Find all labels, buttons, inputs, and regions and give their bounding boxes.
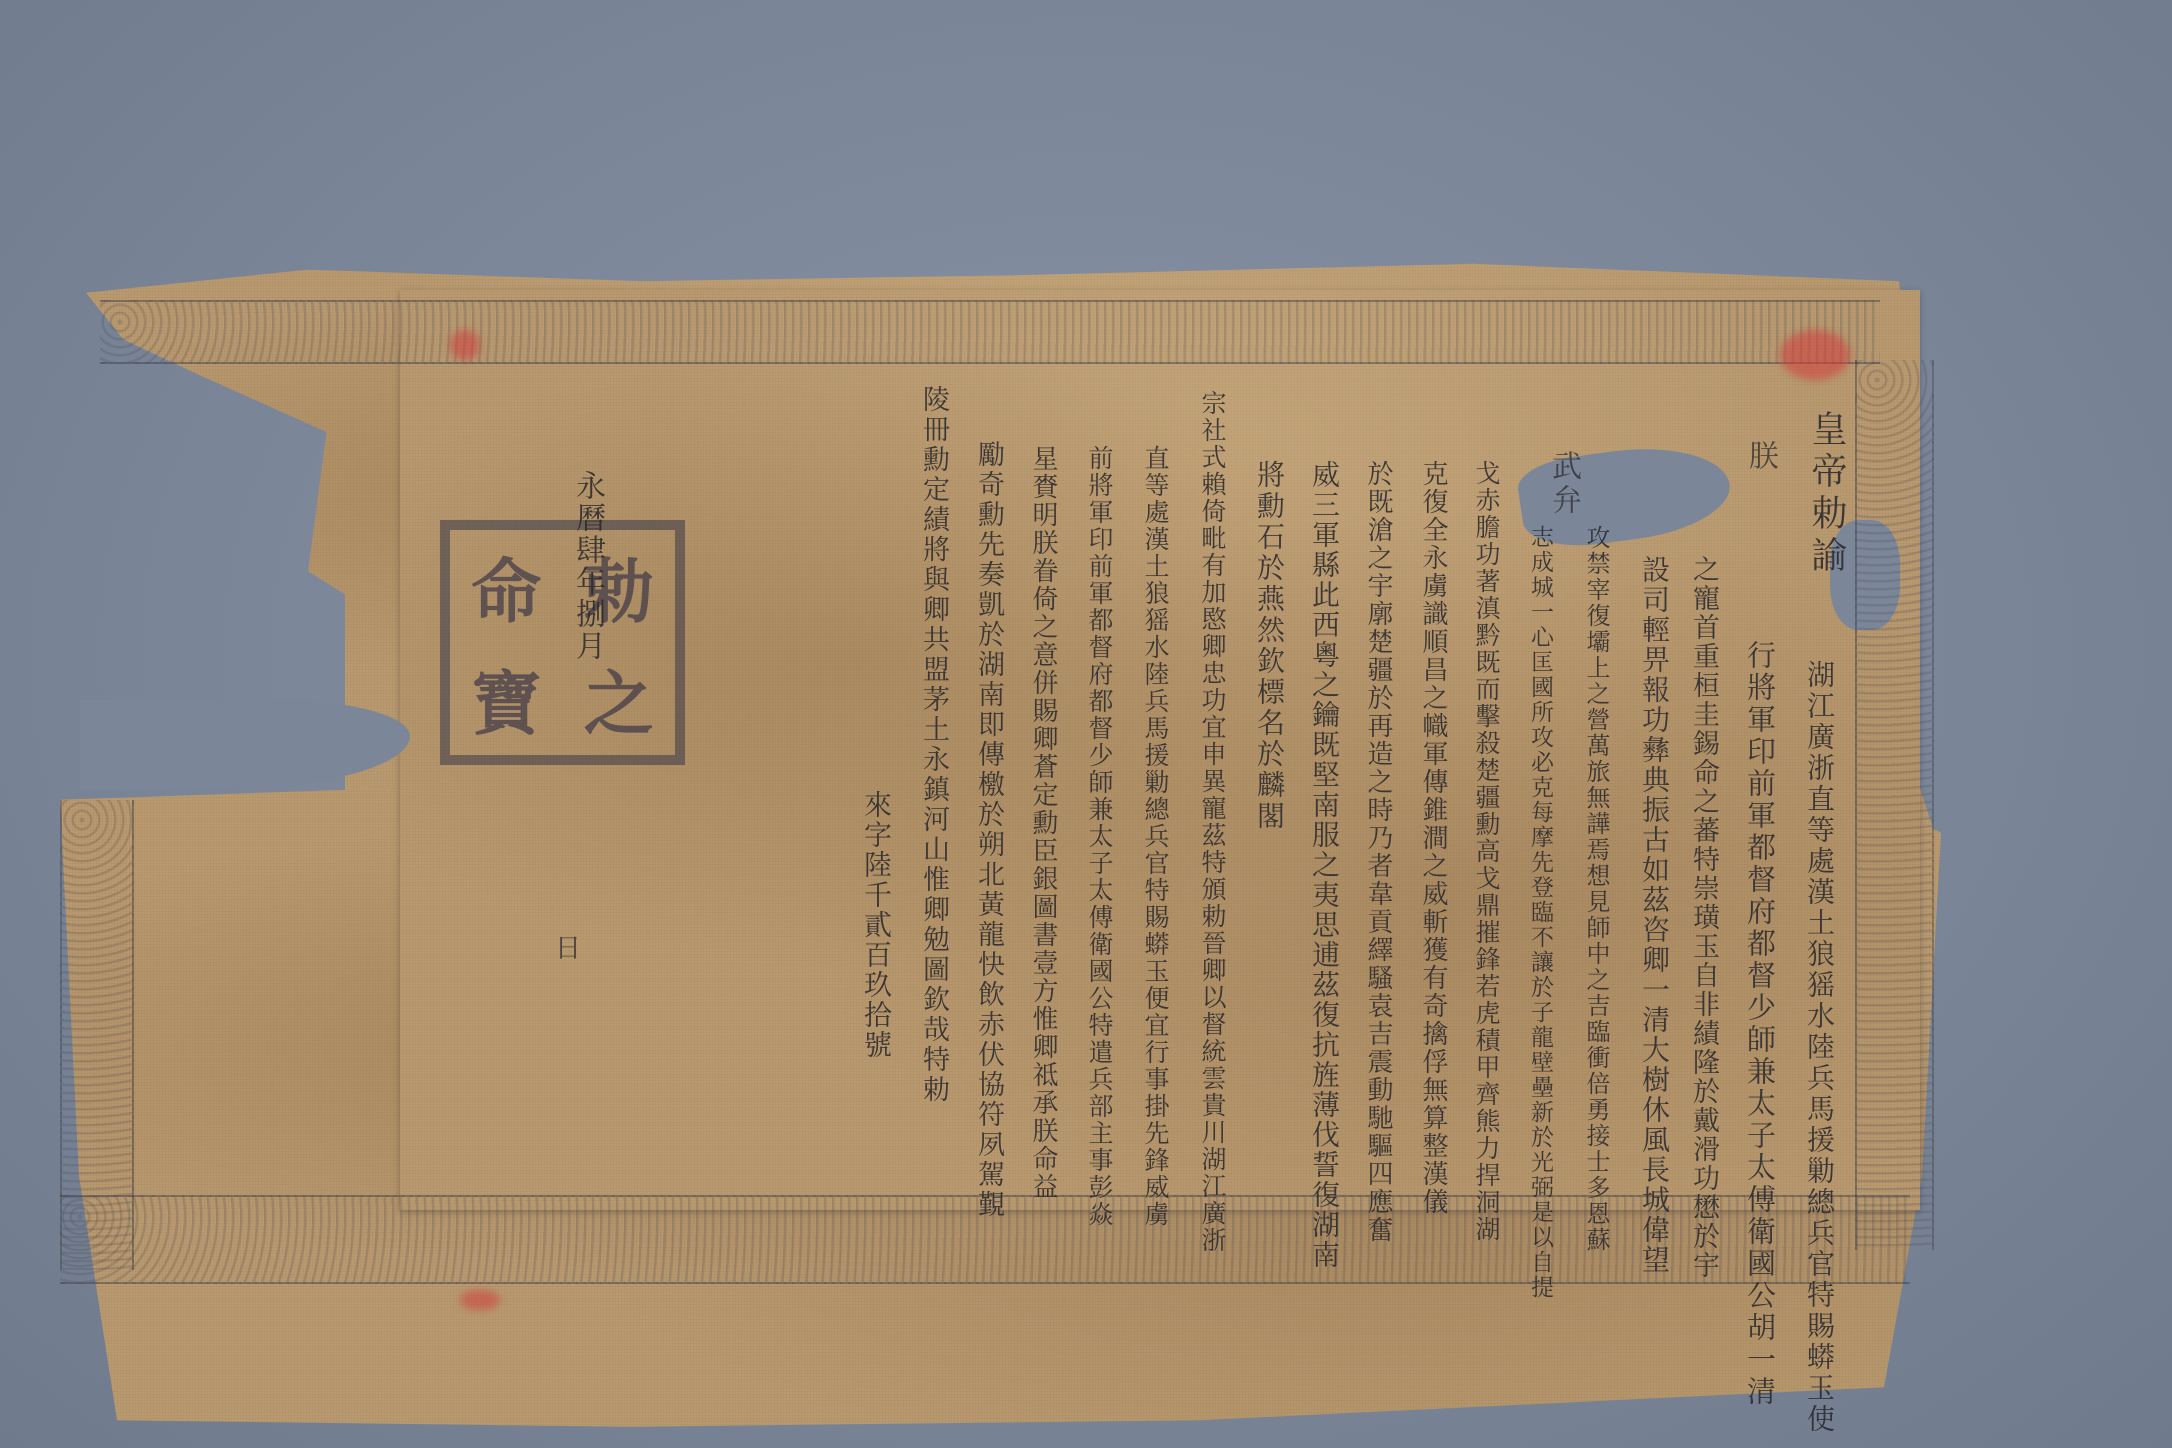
edict-column-8: 克復全永虜識順昌之幟軍傳錐澗之威斬獲有奇擒俘無算整漢儀 (1420, 460, 1446, 1216)
red-stain (460, 1290, 500, 1310)
dragon-border-top (100, 300, 1880, 364)
edict-column-12: 宗社式賴倚毗有加愍卿忠功宜申異寵茲特頒勅晉卿以督統雲貴川湖江廣浙 (1200, 390, 1225, 1254)
seal-character: 寶 (450, 643, 563, 756)
edict-photograph: 皇帝勅諭 朕 武弁 湖江廣浙直等處漢土狼猺水陸兵馬援勦總兵官特賜蟒玉使 行將軍印… (0, 0, 2172, 1448)
edict-column-1: 湖江廣浙直等處漢土狼猺水陸兵馬援勦總兵官特賜蟒玉使 (1805, 660, 1833, 1435)
edict-column-7: 戈赤膽功著滇黔既而擊殺楚疆勳高戈鼎摧鋒若虎積甲齊熊力捍洞湖 (1474, 460, 1499, 1243)
edict-column-14: 前將軍印前軍都督府都督少師兼太子太傅衛國公特遣兵部主事彭焱 (1087, 445, 1112, 1228)
seal-character: 命 (450, 530, 563, 643)
edict-column-10: 威三軍縣此西粵之鑰既堅南服之夷思逋茲復抗旌薄伐誓復湖南 (1310, 460, 1338, 1270)
edict-day: 日 (555, 928, 581, 965)
edict-column-15: 星賚明朕眷倚之意併賜卿蒼定勳臣銀圖書壹方惟卿祗承朕命益 (1030, 445, 1056, 1201)
dragon-border-left (60, 800, 134, 1270)
edict-column-17: 陵冊勳定績將與卿共盟茅土永鎮河山惟卿勉圖欽哉特勅 (920, 385, 947, 1105)
red-stain (1780, 330, 1850, 380)
dragon-border-right (1855, 360, 1934, 1250)
edict-title: 皇帝勅諭 (1808, 410, 1844, 578)
edict-column-16: 勵奇勳先奏凱於湖南即傳檄於朔北黃龍快飲赤伏協符夙駕覲 (975, 440, 1002, 1220)
edict-column-3: 之寵首重桓圭錫命之蕃特崇璜玉自非績隆於戴滑功懋於宇 (1690, 555, 1717, 1280)
text-fragment: 武弁 (1548, 450, 1578, 518)
text-fragment: 朕 (1745, 440, 1775, 474)
imperial-seal: 命 勅 寶 之 (440, 520, 685, 765)
serial-number: 來字陸千貳百玖拾號 (862, 790, 890, 1060)
edict-column-6: 志成城一心匡國所攻必克每摩先登臨不讓於子龍壁壘新於光弼是以自提 (1528, 525, 1551, 1300)
edict-column-2: 行將軍印前軍都督府都督少師兼太子太傅衛國公胡一清 (1745, 640, 1774, 1408)
edict-column-5: 攻禁宰復壩上之營萬旅無譁焉想見師中之吉臨衝倍勇接士多恩蘇 (1584, 525, 1608, 1253)
edict-column-4: 設司輕畀報功彝典振古如茲咨卿一清大樹休風長城偉望 (1640, 555, 1668, 1275)
edict-column-9: 於既滄之宇廓楚疆於再造之時乃者韋貢繹騷袁吉震動馳驅四應奮 (1365, 460, 1391, 1244)
edict-date: 永曆肆年捌月 (572, 470, 602, 662)
edict-column-13: 直等處漢土狼猺水陸兵馬援勦總兵官特賜蟒玉便宜行事掛先鋒威虜 (1143, 445, 1168, 1228)
red-stain (450, 330, 480, 360)
edict-column-11: 將勳石於燕然欽標名於麟閣 (1255, 460, 1283, 832)
